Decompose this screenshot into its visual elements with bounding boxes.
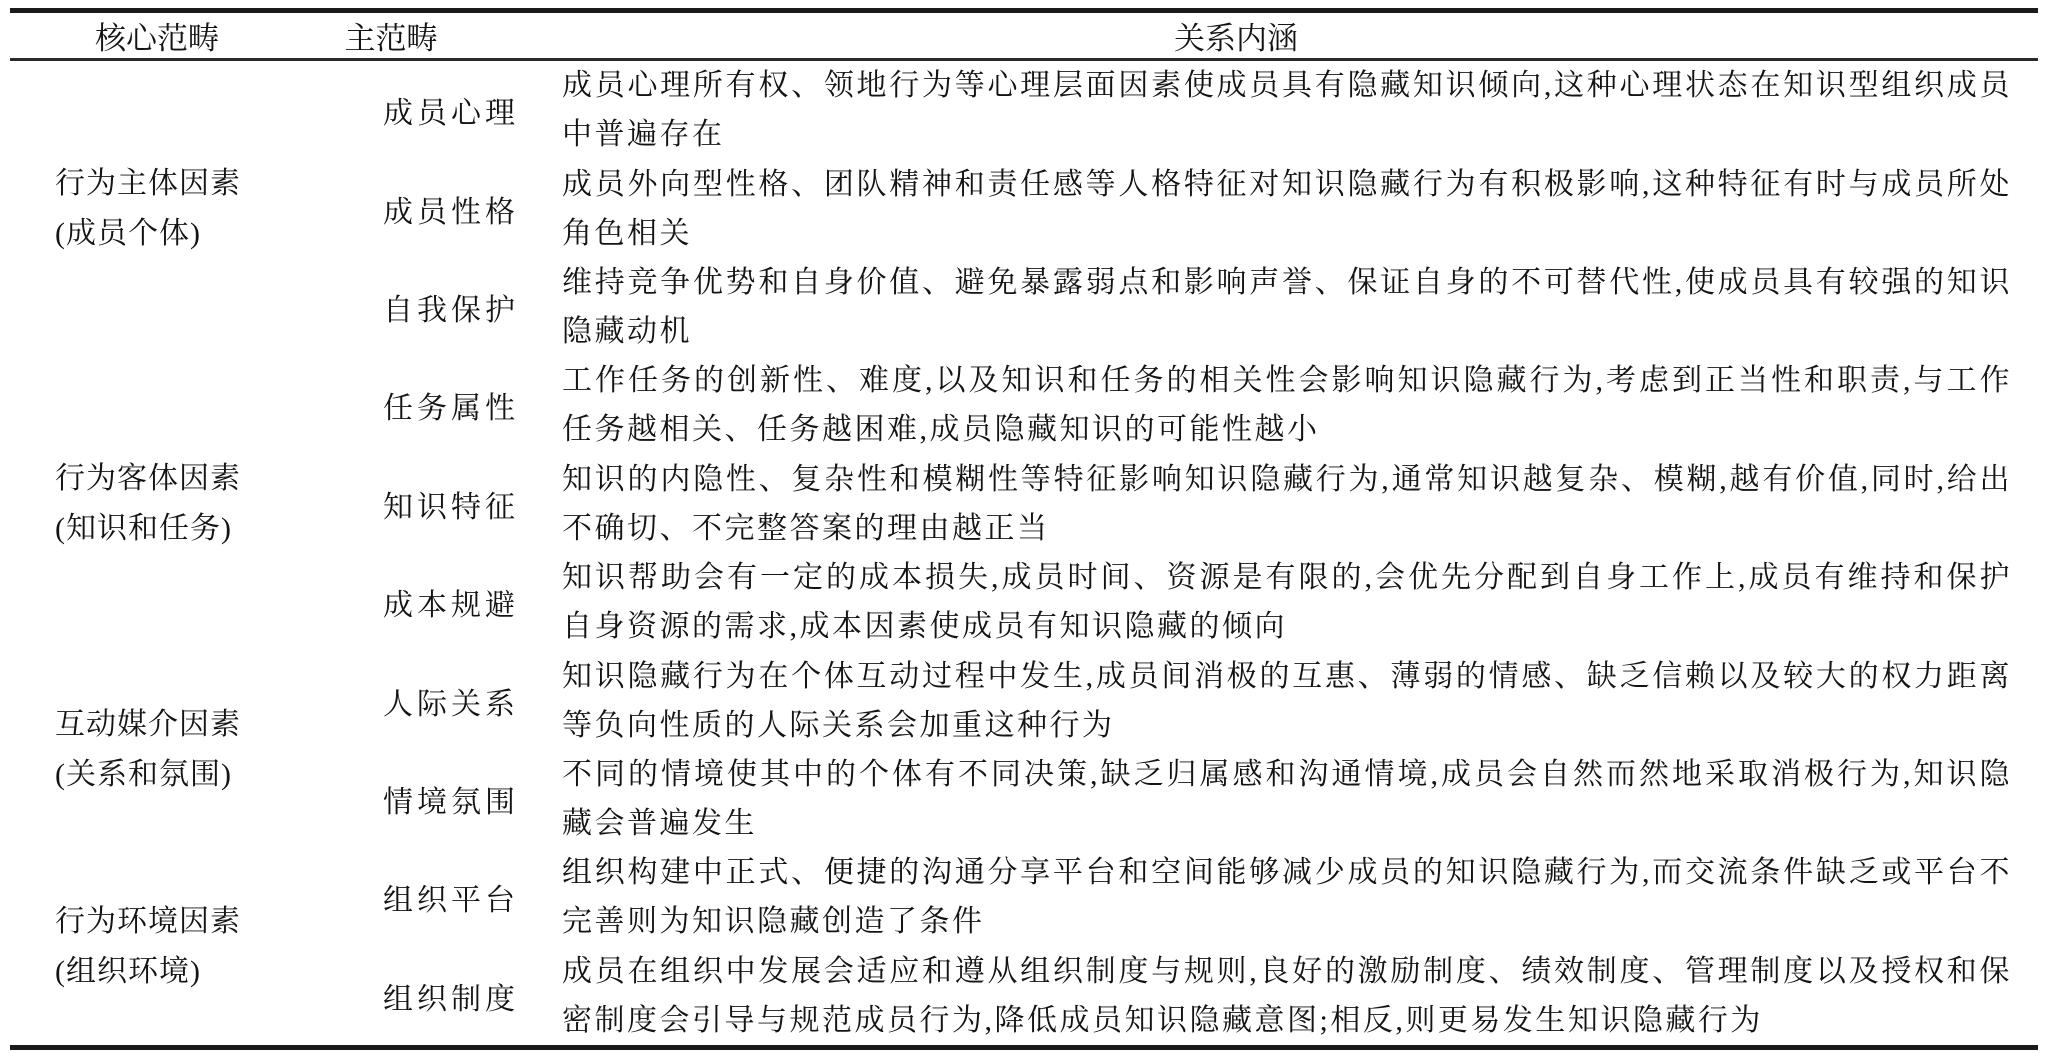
- relation-meaning-cell: 不同的情境使其中的个体有不同决策,缺乏归属感和沟通情境,成员会自然而然地采取消极…: [562, 750, 2038, 848]
- core-category-name: 互动媒介因素: [55, 700, 340, 750]
- core-category-subtitle: (知识和任务): [55, 504, 340, 554]
- core-category-subtitle: (组织环境): [55, 947, 340, 997]
- header-label-relation-meaning: 关系内涵: [1174, 13, 1298, 58]
- relation-meaning-cell: 成员心理所有权、领地行为等心理层面因素使成员具有隐藏知识倾向,这种心理状态在知识…: [562, 61, 2038, 159]
- core-category-name: 行为主体因素: [55, 159, 340, 209]
- main-category-cell: 成员性格: [340, 159, 562, 257]
- main-category-cell: 情境氛围: [340, 750, 562, 848]
- relation-meaning-text: 成员外向型性格、团队精神和责任感等人格特征对知识隐藏行为有积极影响,这种特征有时…: [562, 160, 2012, 258]
- header-label-main-category: 主范畴: [345, 13, 438, 58]
- relation-meaning-text: 工作任务的创新性、难度,以及知识和任务的相关性会影响知识隐藏行为,考虑到正当性和…: [562, 356, 2012, 454]
- core-category-cell-environment-factors: 行为环境因素 (组织环境): [10, 848, 340, 1045]
- main-category-cell: 人际关系: [340, 651, 562, 749]
- relation-meaning-text: 成员在组织中发展会适应和遵从组织制度与规则,良好的激励制度、绩效制度、管理制度以…: [562, 947, 2012, 1045]
- relation-meaning-text: 知识的内隐性、复杂性和模糊性等特征影响知识隐藏行为,通常知识越复杂、模糊,越有价…: [562, 455, 2012, 553]
- header-label-core-category: 核心范畴: [95, 13, 219, 58]
- core-category-name: 行为环境因素: [55, 897, 340, 947]
- core-category-subtitle: (成员个体): [55, 209, 340, 259]
- paper-table-page: 核心范畴 主范畴 关系内涵 行为主体因素 (成员个体) 成员心理 成员心理所有权…: [0, 0, 2048, 1056]
- relation-meaning-cell: 成员在组织中发展会适应和遵从组织制度与规则,良好的激励制度、绩效制度、管理制度以…: [562, 947, 2038, 1045]
- relation-meaning-text: 维持竞争优势和自身价值、避免暴露弱点和影响声誉、保证自身的不可替代性,使成员具有…: [562, 258, 2012, 356]
- main-category-cell: 成本规避: [340, 553, 562, 651]
- core-category-cell-subject-factors: 行为主体因素 (成员个体): [10, 61, 340, 356]
- relation-meaning-cell: 知识隐藏行为在个体互动过程中发生,成员间消极的互惠、薄弱的情感、缺乏信赖以及较大…: [562, 651, 2038, 749]
- header-cell-relation-meaning: 关系内涵: [562, 13, 2038, 58]
- header-cell-core-category: 核心范畴: [10, 13, 340, 58]
- main-category-cell: 组织制度: [340, 947, 562, 1045]
- table-bottom-rule: [10, 1045, 2038, 1050]
- relation-meaning-cell: 知识帮助会有一定的成本损失,成员时间、资源是有限的,会优先分配到自身工作上,成员…: [562, 553, 2038, 651]
- category-relation-table: 核心范畴 主范畴 关系内涵 行为主体因素 (成员个体) 成员心理 成员心理所有权…: [10, 8, 2038, 1050]
- core-category-cell-object-factors: 行为客体因素 (知识和任务): [10, 356, 340, 651]
- relation-meaning-cell: 成员外向型性格、团队精神和责任感等人格特征对知识隐藏行为有积极影响,这种特征有时…: [562, 159, 2038, 257]
- relation-meaning-cell: 知识的内隐性、复杂性和模糊性等特征影响知识隐藏行为,通常知识越复杂、模糊,越有价…: [562, 455, 2038, 553]
- relation-meaning-text: 知识隐藏行为在个体互动过程中发生,成员间消极的互惠、薄弱的情感、缺乏信赖以及较大…: [562, 652, 2012, 750]
- header-cell-main-category: 主范畴: [340, 13, 562, 58]
- relation-meaning-text: 知识帮助会有一定的成本损失,成员时间、资源是有限的,会优先分配到自身工作上,成员…: [562, 553, 2012, 651]
- table-body: 行为主体因素 (成员个体) 成员心理 成员心理所有权、领地行为等心理层面因素使成…: [10, 61, 2038, 1045]
- main-category-cell: 成员心理: [340, 61, 562, 159]
- relation-meaning-cell: 工作任务的创新性、难度,以及知识和任务的相关性会影响知识隐藏行为,考虑到正当性和…: [562, 356, 2038, 454]
- core-category-subtitle: (关系和氛围): [55, 750, 340, 800]
- main-category-cell: 自我保护: [340, 258, 562, 356]
- main-category-cell: 组织平台: [340, 848, 562, 946]
- relation-meaning-cell: 维持竞争优势和自身价值、避免暴露弱点和影响声誉、保证自身的不可替代性,使成员具有…: [562, 258, 2038, 356]
- relation-meaning-text: 不同的情境使其中的个体有不同决策,缺乏归属感和沟通情境,成员会自然而然地采取消极…: [562, 750, 2012, 848]
- main-category-cell: 任务属性: [340, 356, 562, 454]
- relation-meaning-text: 成员心理所有权、领地行为等心理层面因素使成员具有隐藏知识倾向,这种心理状态在知识…: [562, 61, 2012, 159]
- relation-meaning-cell: 组织构建中正式、便捷的沟通分享平台和空间能够减少成员的知识隐藏行为,而交流条件缺…: [562, 848, 2038, 946]
- main-category-cell: 知识特征: [340, 455, 562, 553]
- core-category-name: 行为客体因素: [55, 454, 340, 504]
- core-category-cell-interaction-medium-factors: 互动媒介因素 (关系和氛围): [10, 651, 340, 848]
- relation-meaning-text: 组织构建中正式、便捷的沟通分享平台和空间能够减少成员的知识隐藏行为,而交流条件缺…: [562, 848, 2012, 946]
- table-header-row: 核心范畴 主范畴 关系内涵: [10, 13, 2038, 61]
